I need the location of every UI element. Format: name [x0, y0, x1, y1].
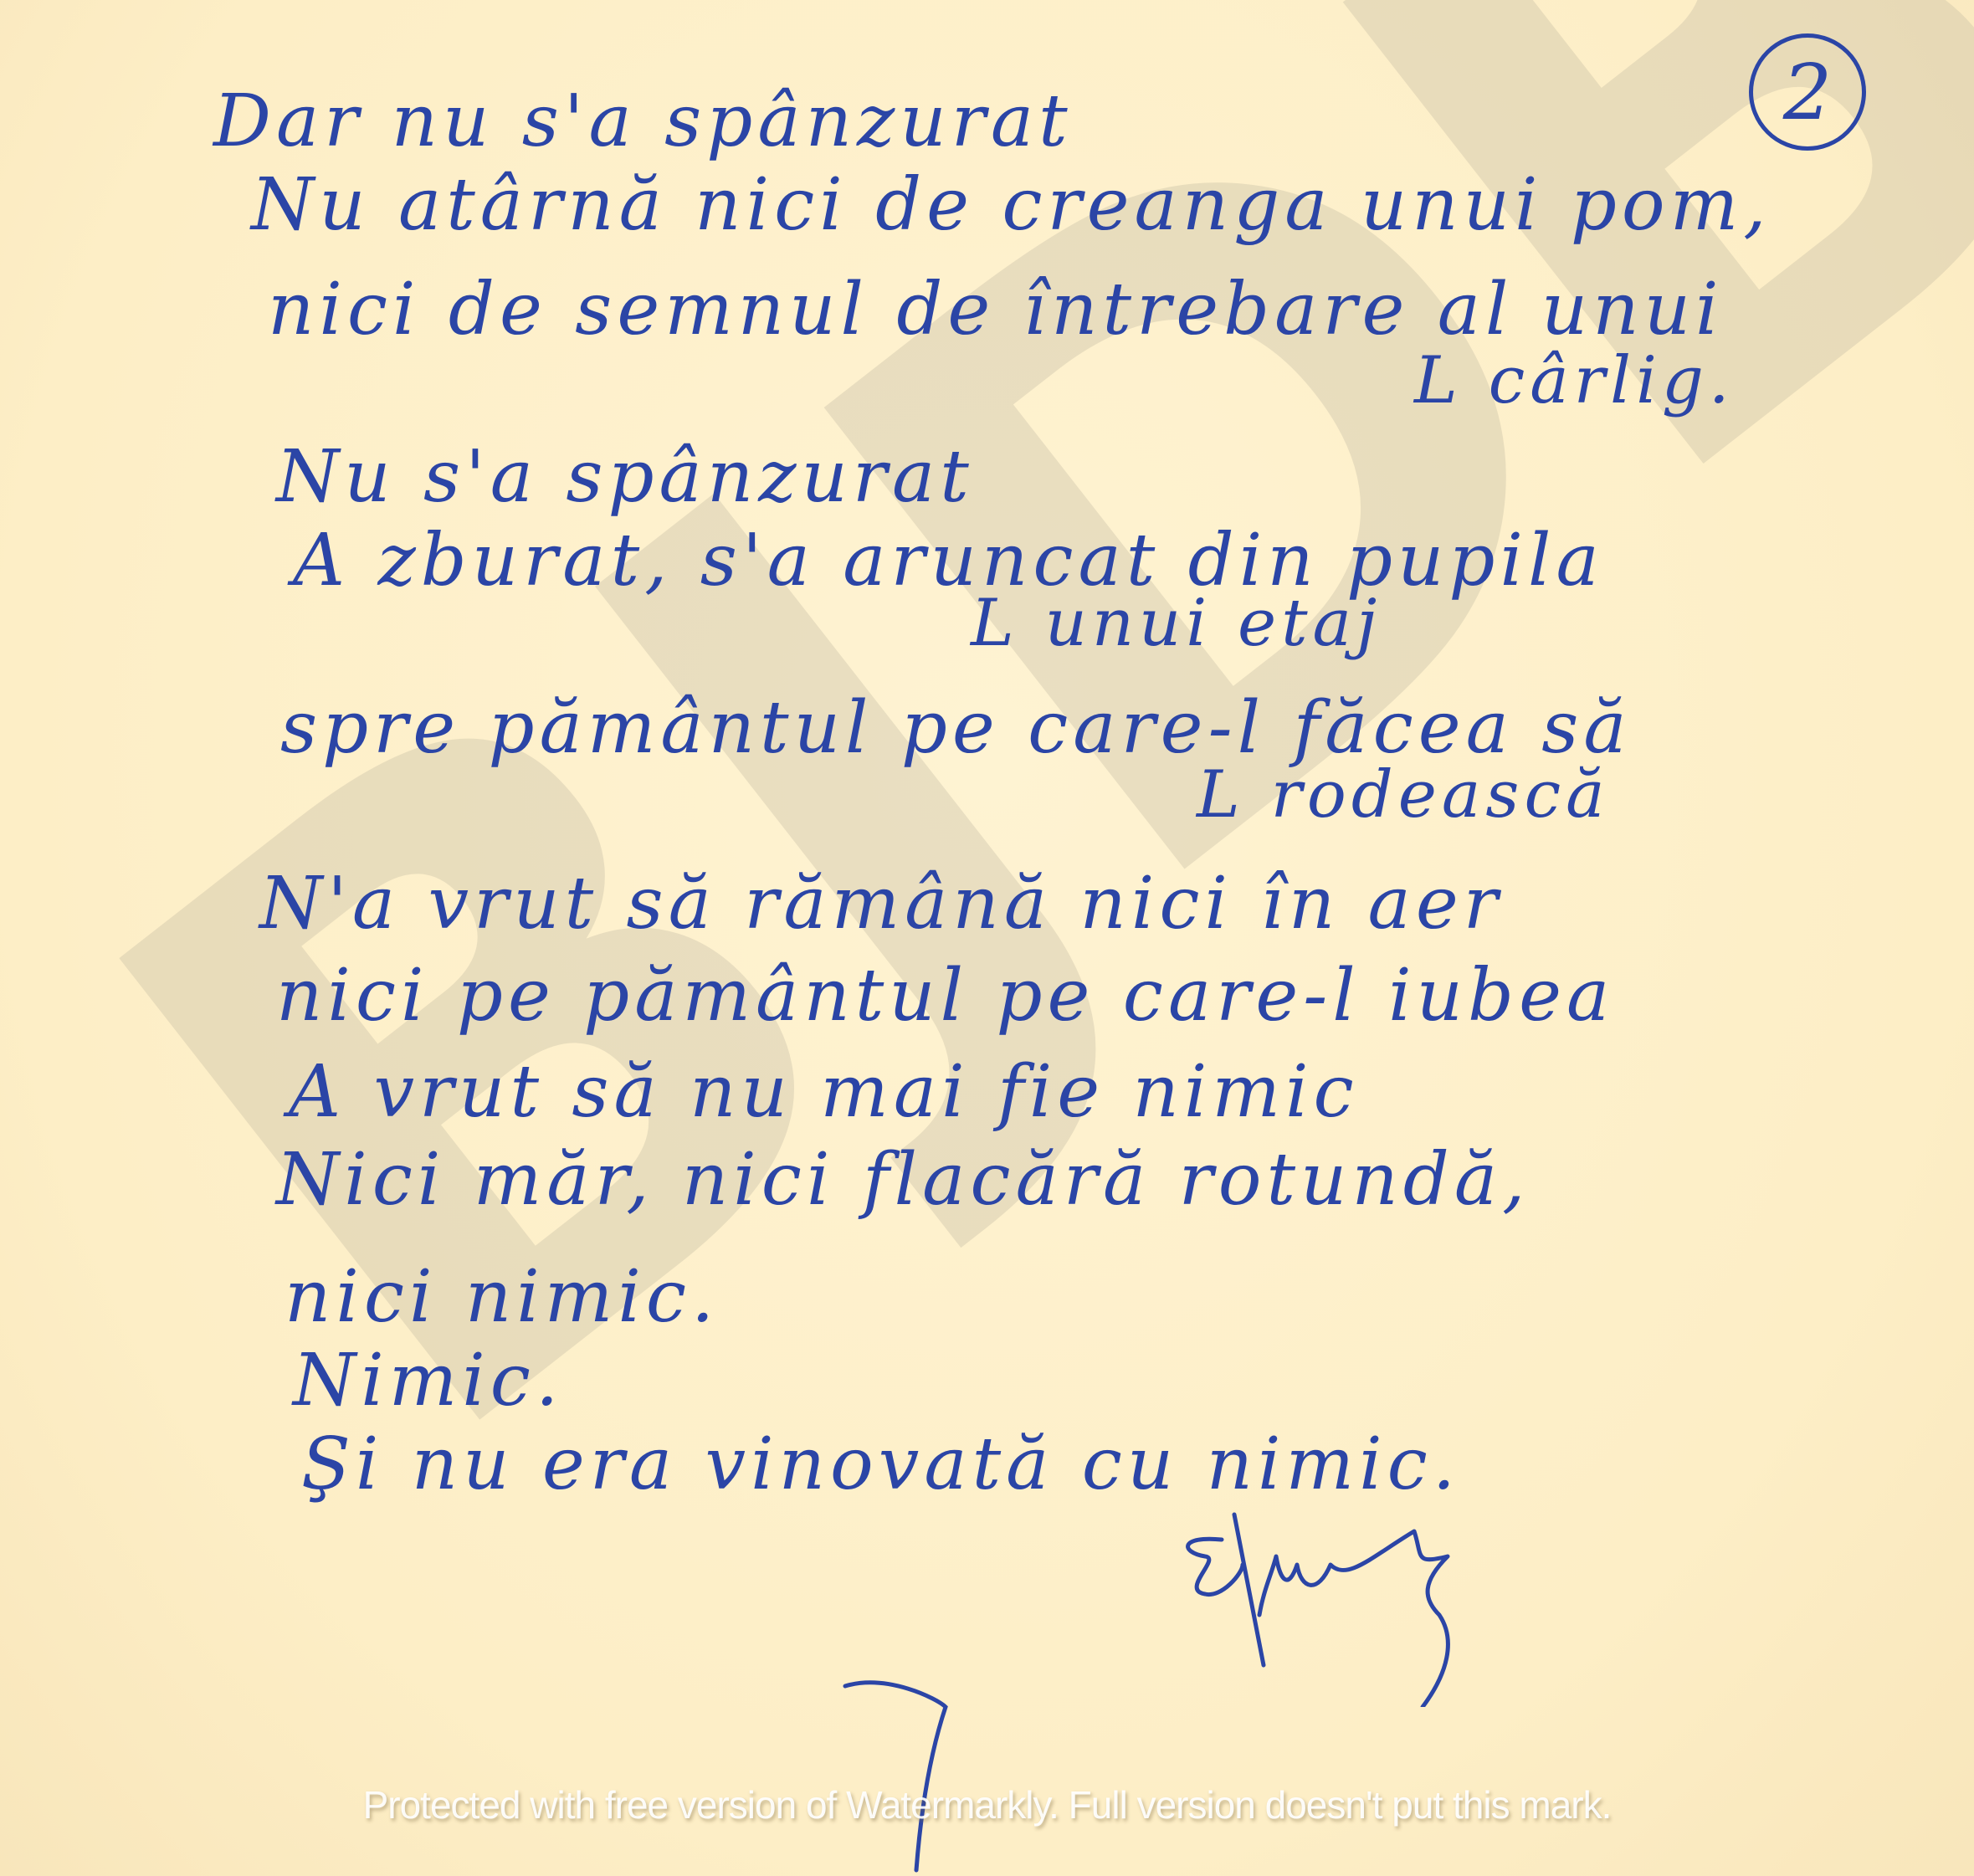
page-number-circle: 2 [1749, 33, 1866, 151]
poem-insert: L cârlig. [1414, 343, 1735, 418]
poem-line: Nu s'a spânzurat [276, 435, 974, 519]
watermarkly-notice: Protected with free version of Watermark… [0, 1782, 1974, 1827]
poem-line: nici nimic. [285, 1255, 719, 1339]
poem-line: Nici măr, nici flacără rotundă, [276, 1138, 1530, 1222]
poem-line: nici pe pământul pe care-l iubea [276, 954, 1614, 1038]
poem-insert: L rodească [1197, 757, 1610, 833]
poem-line: Nimic. [293, 1339, 563, 1422]
poem-line: Dar nu s'a spânzurat [213, 79, 1073, 163]
manuscript-page: BJDB 2 Dar nu s'a spânzurat Nu atârnă ni… [0, 0, 1974, 1876]
pen-stroke-icon [837, 1665, 971, 1874]
poem-line: Şi nu era vinovată cu nimic. [301, 1422, 1460, 1506]
poem-line: A vrut să nu mai fie nimic [289, 1050, 1359, 1134]
poem-line: Nu atârnă nici de creanga unui pom, [251, 163, 1771, 247]
poem-line: A zburat, s'a aruncat din pupila [293, 519, 1604, 602]
poem-insert: L unui etaj [971, 586, 1382, 661]
signature-icon [1172, 1506, 1523, 1707]
poem-line: N'a vrut să rămână nici în aer [259, 862, 1503, 946]
poem-line: nici de semnul de întrebare al unui [268, 268, 1724, 351]
